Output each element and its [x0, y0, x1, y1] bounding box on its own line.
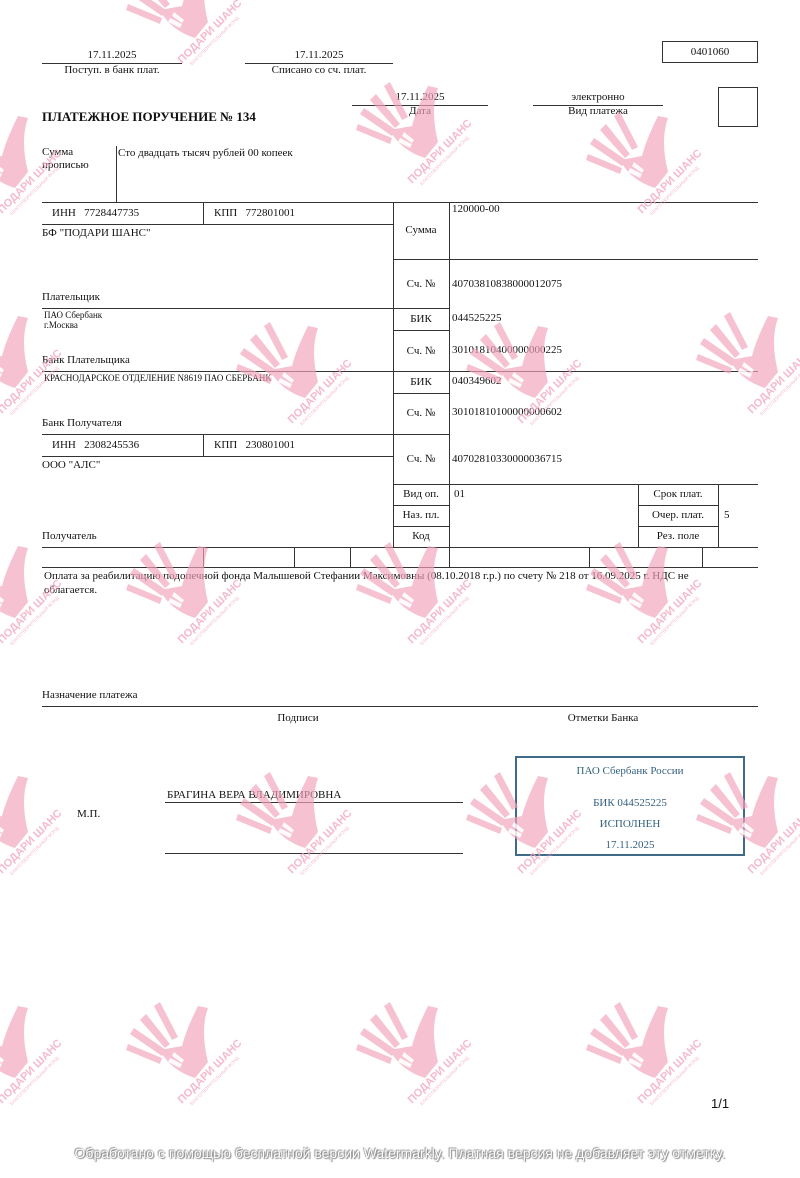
tax-field-divider — [589, 547, 590, 567]
payer-kpp-label: КПП — [214, 207, 237, 219]
svg-text:БЛАГОТВОРИТЕЛЬНЫЙ ФОНД: БЛАГОТВОРИТЕЛЬНЫЙ ФОНД — [8, 594, 60, 646]
svg-text:ПОДАРИ ШАНС: ПОДАРИ ШАНС — [286, 357, 355, 426]
payer-inn: ИНН 7728447735 — [52, 207, 139, 219]
svg-text:БЛАГОТВОРИТЕЛЬНЫЙ ФОНД: БЛАГОТВОРИТЕЛЬНЫЙ ФОНД — [8, 824, 60, 876]
payer-name: БФ "ПОДАРИ ШАНС" — [42, 227, 151, 239]
svg-text:БЛАГОТВОРИТЕЛЬНЫЙ ФОНД: БЛАГОТВОРИТЕЛЬНЫЙ ФОНД — [528, 374, 580, 426]
svg-text:БЛАГОТВОРИТЕЛЬНЫЙ ФОНД: БЛАГОТВОРИТЕЛЬНЫЙ ФОНД — [648, 594, 700, 646]
payee-inn: ИНН 2308245536 — [52, 439, 139, 451]
footer-notice: Обработано с помощью бесплатной версии W… — [0, 1145, 800, 1161]
stamp-place-label: М.П. — [77, 808, 100, 820]
tax-field-divider — [203, 547, 204, 567]
priority-value: 5 — [724, 509, 730, 521]
svg-text:ПОДАРИ ШАНС: ПОДАРИ ШАНС — [0, 807, 64, 876]
payer-inn-value: 7728447735 — [84, 207, 139, 219]
bank-stamp: ПАО Сбербанк России БИК 044525225 ИСПОЛН… — [515, 756, 745, 856]
svg-text:БЛАГОТВОРИТЕЛЬНЫЙ ФОНД: БЛАГОТВОРИТЕЛЬНЫЙ ФОНД — [298, 374, 350, 426]
payer-kpp: КПП 772801001 — [214, 207, 295, 219]
payee-bank-account: 30101810100000000602 — [452, 406, 562, 418]
payer-bank-name-line1: ПАО Сбербанк — [44, 310, 102, 320]
payee-label: Получатель — [42, 530, 97, 542]
divider — [42, 202, 758, 203]
svg-text:БЛАГОТВОРИТЕЛЬНЫЙ ФОНД: БЛАГОТВОРИТЕЛЬНЫЙ ФОНД — [418, 134, 470, 186]
bank-stamp-bik: БИК 044525225 — [517, 797, 743, 809]
op-type-label: Вид оп. — [393, 488, 449, 500]
divider — [638, 505, 718, 506]
divider — [42, 434, 449, 435]
payee-kpp: КПП 230801001 — [214, 439, 295, 451]
signatures-label: Подписи — [248, 712, 348, 724]
divider — [42, 456, 393, 457]
divider — [393, 526, 449, 527]
payment-type-label: Вид платежа — [533, 105, 663, 117]
bank-stamp-date: 17.11.2025 — [517, 839, 743, 851]
hands-icon: ПОДАРИ ШАНСБЛАГОТВОРИТЕЛЬНЫЙ ФОНД — [0, 770, 70, 880]
payer-account-label: Сч. № — [393, 278, 449, 290]
svg-text:ПОДАРИ ШАНС: ПОДАРИ ШАНС — [636, 1037, 705, 1106]
payer-bank-account-label: Сч. № — [393, 345, 449, 357]
svg-text:ПОДАРИ ШАНС: ПОДАРИ ШАНС — [176, 1037, 245, 1106]
payee-bank-bik: 040349602 — [452, 375, 502, 387]
reserve-label: Рез. поле — [638, 530, 718, 542]
tax-field-divider — [702, 547, 703, 567]
divider — [42, 567, 758, 568]
hands-icon: ПОДАРИ ШАНСБЛАГОТВОРИТЕЛЬНЫЙ ФОНД — [580, 1000, 710, 1110]
payee-bank-label: Банк Получателя — [42, 417, 122, 429]
svg-text:ПОДАРИ ШАНС: ПОДАРИ ШАНС — [746, 807, 800, 876]
svg-text:БЛАГОТВОРИТЕЛЬНЫЙ ФОНД: БЛАГОТВОРИТЕЛЬНЫЙ ФОНД — [188, 1054, 240, 1106]
svg-text:БЛАГОТВОРИТЕЛЬНЫЙ ФОНД: БЛАГОТВОРИТЕЛЬНЫЙ ФОНД — [418, 1054, 470, 1106]
document-date-label: Дата — [352, 105, 488, 117]
divider — [42, 547, 758, 548]
svg-text:ПОДАРИ ШАНС: ПОДАРИ ШАНС — [406, 1037, 475, 1106]
svg-text:БЛАГОТВОРИТЕЛЬНЫЙ ФОНД: БЛАГОТВОРИТЕЛЬНЫЙ ФОНД — [298, 824, 350, 876]
divider — [203, 202, 204, 224]
payee-inn-value: 2308245536 — [84, 439, 139, 451]
document-date: 17.11.2025 — [352, 91, 488, 103]
payee-account-label: Сч. № — [393, 453, 449, 465]
divider — [42, 224, 393, 225]
bank-received-label: Поступ. в банк плат. — [42, 64, 182, 76]
payer-label: Плательщик — [42, 291, 100, 303]
hands-icon: ПОДАРИ ШАНСБЛАГОТВОРИТЕЛЬНЫЙ ФОНД — [0, 1000, 70, 1110]
divider — [42, 371, 758, 372]
purpose-code-label: Наз. пл. — [393, 509, 449, 521]
amount-label: Сумма — [393, 224, 449, 236]
amount-value: 120000-00 — [452, 203, 500, 215]
payer-account: 40703810838000012075 — [452, 278, 562, 290]
bank-stamp-status: ИСПОЛНЕН — [517, 818, 743, 830]
svg-text:БЛАГОТВОРИТЕЛЬНЫЙ ФОНД: БЛАГОТВОРИТЕЛЬНЫЙ ФОНД — [418, 594, 470, 646]
payee-bank-account-label: Сч. № — [393, 407, 449, 419]
divider — [393, 484, 758, 485]
hands-icon: ПОДАРИ ШАНСБЛАГОТВОРИТЕЛЬНЫЙ ФОНД — [120, 1000, 250, 1110]
tax-field-divider — [294, 547, 295, 567]
divider — [116, 146, 117, 202]
debited-date: 17.11.2025 — [245, 49, 393, 61]
divider — [393, 259, 758, 260]
amount-words-value: Сто двадцать тысяч рублей 00 копеек — [118, 147, 293, 159]
hands-icon: ПОДАРИ ШАНСБЛАГОТВОРИТЕЛЬНЫЙ ФОНД — [690, 310, 800, 420]
tax-field-divider — [449, 547, 450, 567]
payment-type: электронно — [533, 91, 663, 103]
tax-field-divider — [350, 547, 351, 567]
amount-words-label-line1: Сумма — [42, 146, 89, 159]
payee-kpp-label: КПП — [214, 439, 237, 451]
payer-bank-name-line2: г.Москва — [44, 320, 102, 330]
payee-kpp-value: 230801001 — [245, 439, 295, 451]
purpose-label: Назначение платежа — [42, 689, 137, 701]
divider — [203, 434, 204, 456]
svg-text:ПОДАРИ ШАНС: ПОДАРИ ШАНС — [406, 117, 475, 186]
amount-words-label: Сумма прописью — [42, 146, 89, 172]
op-type-value: 01 — [454, 488, 465, 500]
hands-icon: ПОДАРИ ШАНСБЛАГОТВОРИТЕЛЬНЫЙ ФОНД — [230, 770, 360, 880]
svg-text:БЛАГОТВОРИТЕЛЬНЫЙ ФОНД: БЛАГОТВОРИТЕЛЬНЫЙ ФОНД — [648, 1054, 700, 1106]
priority-label: Очер. плат. — [638, 509, 718, 521]
svg-text:БЛАГОТВОРИТЕЛЬНЫЙ ФОНД: БЛАГОТВОРИТЕЛЬНЫЙ ФОНД — [8, 1054, 60, 1106]
hands-icon: ПОДАРИ ШАНСБЛАГОТВОРИТЕЛЬНЫЙ ФОНД — [580, 110, 710, 220]
svg-text:ПОДАРИ ШАНС: ПОДАРИ ШАНС — [746, 347, 800, 416]
divider — [42, 706, 758, 707]
svg-text:ПОДАРИ ШАНС: ПОДАРИ ШАНС — [636, 147, 705, 216]
divider — [393, 330, 449, 331]
amount-words-label-line2: прописью — [42, 159, 89, 172]
status-box — [718, 87, 758, 127]
page-title: ПЛАТЕЖНОЕ ПОРУЧЕНИЕ № 134 — [42, 109, 256, 125]
svg-text:БЛАГОТВОРИТЕЛЬНЫЙ ФОНД: БЛАГОТВОРИТЕЛЬНЫЙ ФОНД — [758, 364, 800, 416]
bank-received-date: 17.11.2025 — [42, 49, 182, 61]
signature-line — [165, 802, 463, 803]
svg-text:БЛАГОТВОРИТЕЛЬНЫЙ ФОНД: БЛАГОТВОРИТЕЛЬНЫЙ ФОНД — [188, 594, 240, 646]
signer-name: БРАГИНА ВЕРА ВЛАДИМИРОВНА — [167, 789, 341, 801]
payee-bank-bik-label: БИК — [393, 376, 449, 388]
payer-kpp-value: 772801001 — [245, 207, 295, 219]
due-label: Срок плат. — [638, 488, 718, 500]
code-label: Код — [393, 530, 449, 542]
payee-account: 40702810330000036715 — [452, 453, 562, 465]
divider — [449, 202, 450, 547]
debited-label: Списано со сч. плат. — [245, 64, 393, 76]
divider — [393, 505, 449, 506]
signature-line — [165, 853, 463, 854]
svg-text:ПОДАРИ ШАНС: ПОДАРИ ШАНС — [286, 807, 355, 876]
hands-icon: ПОДАРИ ШАНСБЛАГОТВОРИТЕЛЬНЫЙ ФОНД — [350, 1000, 480, 1110]
svg-text:БЛАГОТВОРИТЕЛЬНЫЙ ФОНД: БЛАГОТВОРИТЕЛЬНЫЙ ФОНД — [758, 824, 800, 876]
bank-stamp-bank: ПАО Сбербанк России — [517, 765, 743, 777]
purpose-text: Оплата за реабилитацию подопечной фонда … — [44, 569, 724, 597]
payer-bank-label: Банк Плательщика — [42, 354, 130, 366]
svg-text:ПОДАРИ ШАНС: ПОДАРИ ШАНС — [0, 1037, 64, 1106]
payer-bank-name: ПАО Сбербанк г.Москва — [44, 310, 102, 330]
payer-bank-bik: 044525225 — [452, 312, 502, 324]
divider — [42, 308, 449, 309]
divider — [393, 393, 449, 394]
svg-text:БЛАГОТВОРИТЕЛЬНЫЙ ФОНД: БЛАГОТВОРИТЕЛЬНЫЙ ФОНД — [648, 164, 700, 216]
payee-inn-label: ИНН — [52, 439, 76, 451]
payer-bank-bik-label: БИК — [393, 313, 449, 325]
payer-inn-label: ИНН — [52, 207, 76, 219]
svg-text:ПОДАРИ ШАНС: ПОДАРИ ШАНС — [176, 0, 245, 66]
payee-name: ООО "АЛС" — [42, 459, 100, 471]
bank-marks-label: Отметки Банка — [553, 712, 653, 724]
payee-bank-name: КРАСНОДАРСКОЕ ОТДЕЛЕНИЕ N8619 ПАО СБЕРБА… — [44, 373, 271, 383]
form-code: 0401060 — [662, 41, 758, 63]
payer-bank-account: 30101810400000000225 — [452, 344, 562, 356]
svg-text:БЛАГОТВОРИТЕЛЬНЫЙ ФОНД: БЛАГОТВОРИТЕЛЬНЫЙ ФОНД — [188, 14, 240, 66]
divider — [718, 484, 719, 547]
divider — [638, 526, 718, 527]
page-number: 1/1 — [711, 1096, 729, 1111]
